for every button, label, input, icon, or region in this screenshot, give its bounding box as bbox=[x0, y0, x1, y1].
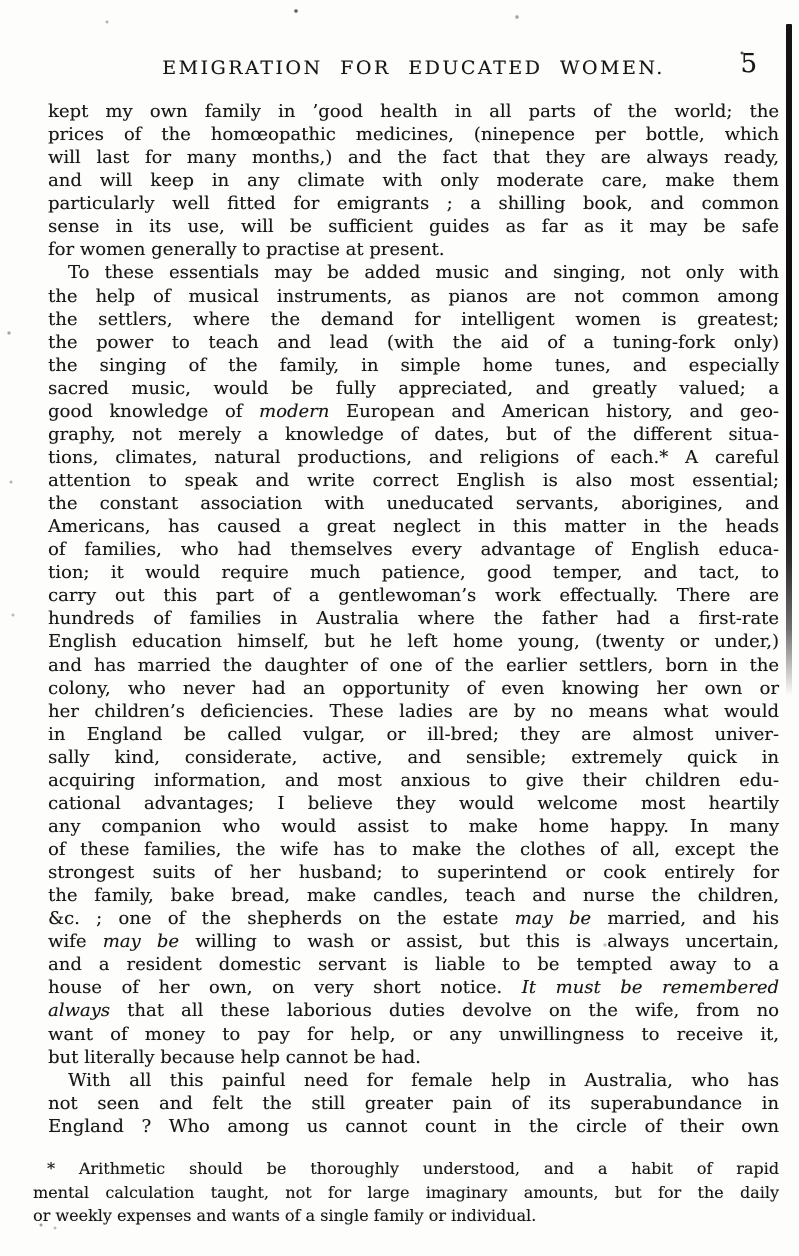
text-line: wife may be willing to wash or assist, b… bbox=[48, 930, 779, 953]
text-segment: acquiring information, and most anxious … bbox=[48, 770, 779, 791]
scan-noise-specks bbox=[0, 0, 2, 2]
text-segment: tions, climates, natural productions, an… bbox=[48, 447, 779, 468]
italic-text-segment: modern bbox=[259, 401, 329, 422]
text-segment: good knowledge of bbox=[48, 401, 259, 422]
text-line: strongest suits of her husband; to super… bbox=[48, 861, 779, 884]
text-line: prices of the homœopathic medicines, (ni… bbox=[48, 123, 779, 146]
page-edge-gutter-line bbox=[786, 24, 792, 696]
text-segment: With all this painful need for female he… bbox=[68, 1070, 779, 1091]
text-line: in England be called vulgar, or ill-bred… bbox=[48, 723, 779, 746]
text-line: the constant association with uneducated… bbox=[48, 492, 779, 515]
text-line: the family, bake bread, make candles, te… bbox=[48, 884, 779, 907]
text-line: always that all these laborious duties d… bbox=[48, 999, 779, 1022]
text-segment: house of her own, on very short notice. bbox=[48, 977, 522, 998]
text-line: and has married the daughter of one of t… bbox=[48, 654, 779, 677]
text-segment: prices of the homœopathic medicines, (ni… bbox=[48, 124, 779, 145]
text-line: tion; it would require much patience, go… bbox=[48, 561, 779, 584]
book-page: EMIGRATION FOR EDUCATED WOMEN. 5 kept my… bbox=[0, 0, 799, 1256]
text-line: English education himself, but he left h… bbox=[48, 630, 779, 653]
text-segment: and has married the daughter of one of t… bbox=[48, 655, 779, 676]
text-segment: graphy, not merely a knowledge of dates,… bbox=[48, 424, 779, 445]
text-line: &c. ; one of the shepherds on the estate… bbox=[48, 907, 779, 930]
text-segment: hundreds of families in Australia where … bbox=[48, 608, 779, 629]
text-line: any companion who would assist to make h… bbox=[48, 815, 779, 838]
text-line: good knowledge of modern European and Am… bbox=[48, 400, 779, 423]
text-line: will last for many months,) and the fact… bbox=[48, 146, 779, 169]
text-segment: the help of musical instruments, as pian… bbox=[48, 286, 779, 307]
text-line: the settlers, where the demand for intel… bbox=[48, 308, 779, 331]
text-line: To these essentials may be added music a… bbox=[48, 261, 779, 284]
text-segment: for women generally to practise at prese… bbox=[48, 239, 445, 260]
page-header: EMIGRATION FOR EDUCATED WOMEN. bbox=[48, 57, 779, 79]
text-line: acquiring information, and most anxious … bbox=[48, 769, 779, 792]
text-segment: wife bbox=[48, 931, 103, 952]
text-segment: in England be called vulgar, or ill-bred… bbox=[48, 724, 779, 745]
text-line: attention to speak and write correct Eng… bbox=[48, 469, 779, 492]
text-segment: cational advantages; I believe they woul… bbox=[48, 793, 779, 814]
text-line: With all this painful need for female he… bbox=[48, 1069, 779, 1092]
text-segment: To these essentials may be added music a… bbox=[68, 262, 779, 283]
text-segment: particularly well fitted for emigrants ;… bbox=[48, 193, 779, 214]
text-line: want of money to pay for help, or any un… bbox=[48, 1023, 779, 1046]
text-line: hundreds of families in Australia where … bbox=[48, 607, 779, 630]
text-line: kept my own family in ’good health in al… bbox=[48, 100, 779, 123]
text-line: cational advantages; I believe they woul… bbox=[48, 792, 779, 815]
text-line: colony, who never had an opportunity of … bbox=[48, 677, 779, 700]
text-line: England ? Who among us cannot count in t… bbox=[48, 1115, 779, 1138]
text-line: the power to teach and lead (with the ai… bbox=[48, 331, 779, 354]
text-segment: tion; it would require much patience, go… bbox=[48, 562, 779, 583]
italic-text-segment: It must be remembered bbox=[522, 977, 779, 998]
footnote-line: mental calculation taught, not for large… bbox=[33, 1181, 779, 1205]
text-segment: and a resident domestic servant is liabl… bbox=[48, 954, 779, 975]
text-segment: &c. ; one of the shepherds on the estate bbox=[48, 908, 515, 929]
text-line: sense in its use, will be sufficient gui… bbox=[48, 215, 779, 238]
text-segment: and will keep in any climate with only m… bbox=[48, 170, 779, 191]
text-line: graphy, not merely a knowledge of dates,… bbox=[48, 423, 779, 446]
text-segment: the singing of the family, in simple hom… bbox=[48, 355, 779, 376]
footnote-line: * Arithmetic should be thoroughly unders… bbox=[33, 1157, 779, 1181]
text-line: of families, who had themselves every ad… bbox=[48, 538, 779, 561]
italic-text-segment: may be bbox=[515, 908, 591, 929]
text-segment: sally kind, considerate, active, and sen… bbox=[48, 747, 779, 768]
text-segment: strongest suits of her husband; to super… bbox=[48, 862, 779, 883]
text-segment: the settlers, where the demand for intel… bbox=[48, 309, 779, 330]
text-segment: England ? Who among us cannot count in t… bbox=[48, 1116, 779, 1137]
text-segment: Americans, has caused a great neglect in… bbox=[48, 516, 779, 537]
text-segment: European and American history, and geo- bbox=[329, 401, 779, 422]
text-segment: of families, who had themselves every ad… bbox=[48, 539, 779, 560]
text-segment: that all these laborious duties devolve … bbox=[110, 1000, 779, 1021]
text-segment: sense in its use, will be sufficient gui… bbox=[48, 216, 779, 237]
text-line: sally kind, considerate, active, and sen… bbox=[48, 746, 779, 769]
text-segment: but literally because help cannot be had… bbox=[48, 1047, 421, 1068]
text-line: not seen and felt the still greater pain… bbox=[48, 1092, 779, 1115]
text-segment: English education himself, but he left h… bbox=[48, 631, 779, 652]
text-segment: kept my own family in ’good health in al… bbox=[48, 101, 779, 122]
running-title: EMIGRATION FOR EDUCATED WOMEN. bbox=[162, 57, 665, 79]
text-segment: will last for many months,) and the fact… bbox=[48, 147, 779, 168]
text-segment: not seen and felt the still greater pain… bbox=[48, 1093, 779, 1114]
text-line: her children’s deficiencies. These ladie… bbox=[48, 700, 779, 723]
text-line: and a resident domestic servant is liabl… bbox=[48, 953, 779, 976]
text-line: for women generally to practise at prese… bbox=[48, 238, 779, 261]
text-segment: carry out this part of a gentlewoman’s w… bbox=[48, 585, 779, 606]
text-line: Americans, has caused a great neglect in… bbox=[48, 515, 779, 538]
text-line: particularly well fitted for emigrants ;… bbox=[48, 192, 779, 215]
text-segment: colony, who never had an opportunity of … bbox=[48, 678, 779, 699]
text-line: carry out this part of a gentlewoman’s w… bbox=[48, 584, 779, 607]
text-line: tions, climates, natural productions, an… bbox=[48, 446, 779, 469]
text-segment: the family, bake bread, make candles, te… bbox=[48, 885, 779, 906]
text-line: of these families, the wife has to make … bbox=[48, 838, 779, 861]
text-line: and will keep in any climate with only m… bbox=[48, 169, 779, 192]
page-body: kept my own family in ’good health in al… bbox=[48, 100, 779, 1228]
text-segment: married, and his bbox=[591, 908, 779, 929]
text-segment: * Arithmetic should be thoroughly unders… bbox=[47, 1159, 779, 1178]
text-segment: sacred music, would be fully appreciated… bbox=[48, 378, 779, 399]
text-segment: or weekly expenses and wants of a single… bbox=[33, 1206, 536, 1225]
italic-text-segment: always bbox=[48, 1000, 110, 1021]
text-segment: want of money to pay for help, or any un… bbox=[48, 1024, 779, 1045]
italic-text-segment: may be bbox=[103, 931, 179, 952]
text-line: the help of musical instruments, as pian… bbox=[48, 285, 779, 308]
text-line: house of her own, on very short notice. … bbox=[48, 976, 779, 999]
footnote: * Arithmetic should be thoroughly unders… bbox=[33, 1157, 779, 1228]
footnote-line: or weekly expenses and wants of a single… bbox=[33, 1204, 779, 1228]
text-segment: the power to teach and lead (with the ai… bbox=[48, 332, 779, 353]
text-line: the singing of the family, in simple hom… bbox=[48, 354, 779, 377]
text-segment: attention to speak and write correct Eng… bbox=[48, 470, 779, 491]
text-segment: of these families, the wife has to make … bbox=[48, 839, 779, 860]
text-segment: willing to wash or assist, but this is a… bbox=[179, 931, 779, 952]
text-segment: mental calculation taught, not for large… bbox=[33, 1183, 779, 1202]
text-line: but literally because help cannot be had… bbox=[48, 1046, 779, 1069]
text-segment: the constant association with uneducated… bbox=[48, 493, 779, 514]
text-segment: any companion who would assist to make h… bbox=[48, 816, 779, 837]
text-segment: her children’s deficiencies. These ladie… bbox=[48, 701, 779, 722]
text-line: sacred music, would be fully appreciated… bbox=[48, 377, 779, 400]
page-number: 5 bbox=[740, 49, 757, 79]
